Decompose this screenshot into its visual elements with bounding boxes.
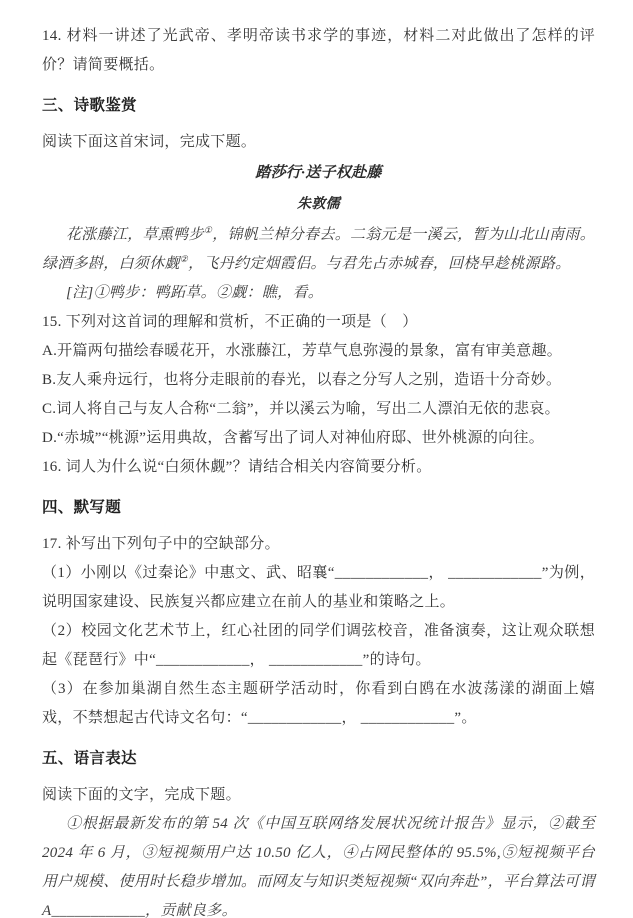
poem-annotation: [注]①鸭步：鸭跖草。②觑：瞧，看。 — [42, 279, 595, 308]
poem-title: 踏莎行·送子权赴藤 — [42, 157, 595, 189]
poem-text-3: ，飞丹约定烟霞侣。与君先占赤城春，回桡早趁桃源路。 — [188, 256, 571, 272]
question-15-option-d: D.“赤城”“桃源”运用典故，含蓄写出了词人对神仙府邸、世外桃源的向往。 — [42, 424, 595, 453]
language-intro: 阅读下面的文字，完成下题。 — [42, 781, 595, 810]
poem-text-1: 花涨藤江，草熏鸭步 — [66, 227, 204, 243]
question-17-item-3: （3）在参加巢湖自然生态主题研学活动时，你看到白鸥在水波荡漾的湖面上嬉戏，不禁想… — [42, 675, 595, 733]
question-17-stem: 17. 补写出下列句子中的空缺部分。 — [42, 530, 595, 559]
poem-body: 花涨藤江，草熏鸭步①，锦帆兰棹分春去。二翁元是一溪云，暂为山北山南雨。绿酒多斟，… — [42, 221, 595, 279]
language-passage: ①根据最新发布的第 54 次《中国互联网络发展状况统计报告》显示，②截至 202… — [42, 810, 595, 897]
poetry-intro: 阅读下面这首宋词，完成下题。 — [42, 128, 595, 157]
question-17-item-1: （1）小刚以《过秦论》中惠文、武、昭襄“____________， ______… — [42, 559, 595, 617]
poem-note-mark-2: ② — [180, 254, 188, 264]
poem-author: 朱敦儒 — [42, 189, 595, 221]
language-blank-line: A____________，贡献良多。 — [42, 897, 595, 918]
question-14: 14. 材料一讲述了光武帝、孝明帝读书求学的事迹，材料二对此做出了怎样的评价？请… — [42, 22, 595, 80]
poem-note-mark-1: ① — [204, 225, 212, 235]
section-heading-language: 五、语言表达 — [42, 746, 595, 772]
section-heading-dictation: 四、默写题 — [42, 495, 595, 521]
question-15-option-c: C.词人将自己与友人合称“二翁”，并以溪云为喻，写出二人漂泊无依的悲哀。 — [42, 395, 595, 424]
exam-paper-page: 14. 材料一讲述了光武帝、孝明帝读书求学的事迹，材料二对此做出了怎样的评价？请… — [0, 0, 633, 918]
section-heading-poetry: 三、诗歌鉴赏 — [42, 93, 595, 119]
question-16: 16. 词人为什么说“白须休觑”？请结合相关内容简要分析。 — [42, 453, 595, 482]
question-15-stem: 15. 下列对这首词的理解和赏析，不正确的一项是（ ） — [42, 308, 595, 337]
question-15-option-a: A.开篇两句描绘春暖花开，水涨藤江，芳草气息弥漫的景象，富有审美意趣。 — [42, 337, 595, 366]
question-15-option-b: B.友人乘舟远行，也将分走眼前的春光，以春之分写人之别，造语十分奇妙。 — [42, 366, 595, 395]
question-17-item-2: （2）校园文化艺术节上，红心社团的同学们调弦校音，准备演奏，这让观众联想起《琵琶… — [42, 617, 595, 675]
